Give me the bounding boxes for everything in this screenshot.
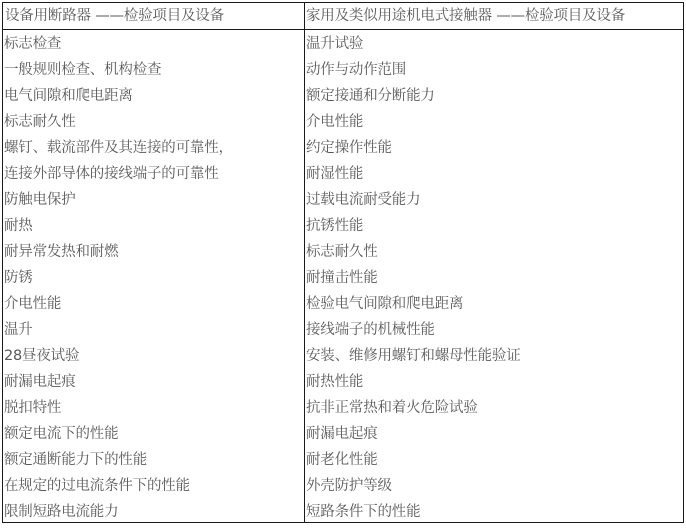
list-item: 连接外部导体的接线端子的可靠性: [3, 161, 304, 187]
list-item: 安装、维修用螺钉和螺母性能验证: [305, 343, 683, 369]
list-item: 外壳防护等级: [305, 473, 683, 499]
list-item: 抗非正常热和着火危险试验: [305, 395, 683, 421]
list-item: 标志检查: [3, 31, 304, 57]
contactor-header: 家用及类似用途机电式接触器 ——检验项目及设备: [305, 3, 683, 30]
circuit-breaker-items: 标志检查 一般规则检查、机构检查 电气间隙和爬电距离 标志耐久性 螺钉、载流部件…: [3, 30, 304, 525]
list-item: 耐异常发热和耐燃: [3, 239, 304, 265]
list-item: 在规定的过电流条件下的性能: [3, 473, 304, 499]
list-item: 耐湿性能: [305, 161, 683, 187]
list-item: 温升试验: [305, 31, 683, 57]
list-item: 额定通断能力下的性能: [3, 447, 304, 473]
list-item: 标志耐久性: [3, 109, 304, 135]
inspection-items-table: 设备用断路器 ——检验项目及设备 标志检查 一般规则检查、机构检查 电气间隙和爬…: [2, 2, 684, 523]
list-item: 螺钉、载流部件及其连接的可靠性，: [3, 135, 304, 161]
circuit-breaker-header: 设备用断路器 ——检验项目及设备: [3, 3, 304, 30]
list-item: 动作与动作范围: [305, 57, 683, 83]
list-item: 额定电流下的性能: [3, 421, 304, 447]
list-item: 耐漏电起痕: [3, 369, 304, 395]
list-item: 介电性能: [305, 109, 683, 135]
list-item: 电气间隙和爬电距离: [3, 83, 304, 109]
list-item: 温升: [3, 317, 304, 343]
list-item: 防触电保护: [3, 187, 304, 213]
list-item: 一般规则检查、机构检查: [3, 57, 304, 83]
list-item: 接线端子的机械性能: [305, 317, 683, 343]
list-item: 耐漏电起痕: [305, 421, 683, 447]
list-item: 防锈: [3, 265, 304, 291]
list-item: 介电性能: [3, 291, 304, 317]
list-item: 耐热性能: [305, 369, 683, 395]
list-item: 抗锈性能: [305, 213, 683, 239]
list-item: 短路条件下的性能: [305, 499, 683, 525]
list-item: 耐撞击性能: [305, 265, 683, 291]
contactor-column: 家用及类似用途机电式接触器 ——检验项目及设备 温升试验 动作与动作范围 额定接…: [305, 3, 683, 522]
circuit-breaker-column: 设备用断路器 ——检验项目及设备 标志检查 一般规则检查、机构检查 电气间隙和爬…: [3, 3, 305, 522]
list-item: 28昼夜试验: [3, 343, 304, 369]
list-item: 标志耐久性: [305, 239, 683, 265]
list-item: 额定接通和分断能力: [305, 83, 683, 109]
list-item: 耐热: [3, 213, 304, 239]
list-item: 限制短路电流能力: [3, 499, 304, 525]
list-item: 耐老化性能: [305, 447, 683, 473]
contactor-items: 温升试验 动作与动作范围 额定接通和分断能力 介电性能 约定操作性能 耐湿性能 …: [305, 30, 683, 525]
list-item: 检验电气间隙和爬电距离: [305, 291, 683, 317]
list-item: 脱扣特性: [3, 395, 304, 421]
list-item: 过载电流耐受能力: [305, 187, 683, 213]
list-item: 约定操作性能: [305, 135, 683, 161]
